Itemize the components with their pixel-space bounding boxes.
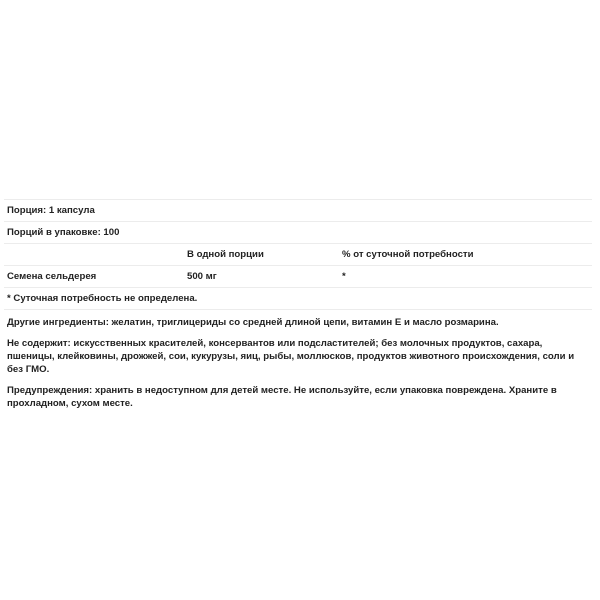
table-row: Семена сельдерея 500 мг * <box>4 266 592 288</box>
servings-per-container: Порций в упаковке: 100 <box>7 222 119 243</box>
serving-size-row: Порция: 1 капсула <box>4 200 592 222</box>
table-header-row: В одной порции % от суточной потребности <box>4 244 592 266</box>
ingredient-daily-value: * <box>342 266 346 287</box>
serving-size: Порция: 1 капсула <box>7 200 95 221</box>
servings-per-container-row: Порций в упаковке: 100 <box>4 222 592 244</box>
footnote-row: * Суточная потребность не определена. <box>4 288 592 310</box>
header-daily-value: % от суточной потребности <box>342 244 474 265</box>
does-not-contain: Не содержит: искусственных красителей, к… <box>7 337 592 376</box>
supplement-facts-table: Порция: 1 капсула Порций в упаковке: 100… <box>4 199 592 310</box>
ingredient-amount: 500 мг <box>187 266 217 287</box>
header-amount: В одной порции <box>187 244 264 265</box>
other-ingredients: Другие ингредиенты: желатин, триглицерид… <box>7 316 592 329</box>
ingredient-name: Семена сельдерея <box>7 266 96 287</box>
footnote: * Суточная потребность не определена. <box>7 288 197 309</box>
product-notes: Другие ингредиенты: желатин, триглицерид… <box>7 316 592 418</box>
warnings: Предупреждения: хранить в недоступном дл… <box>7 384 592 410</box>
